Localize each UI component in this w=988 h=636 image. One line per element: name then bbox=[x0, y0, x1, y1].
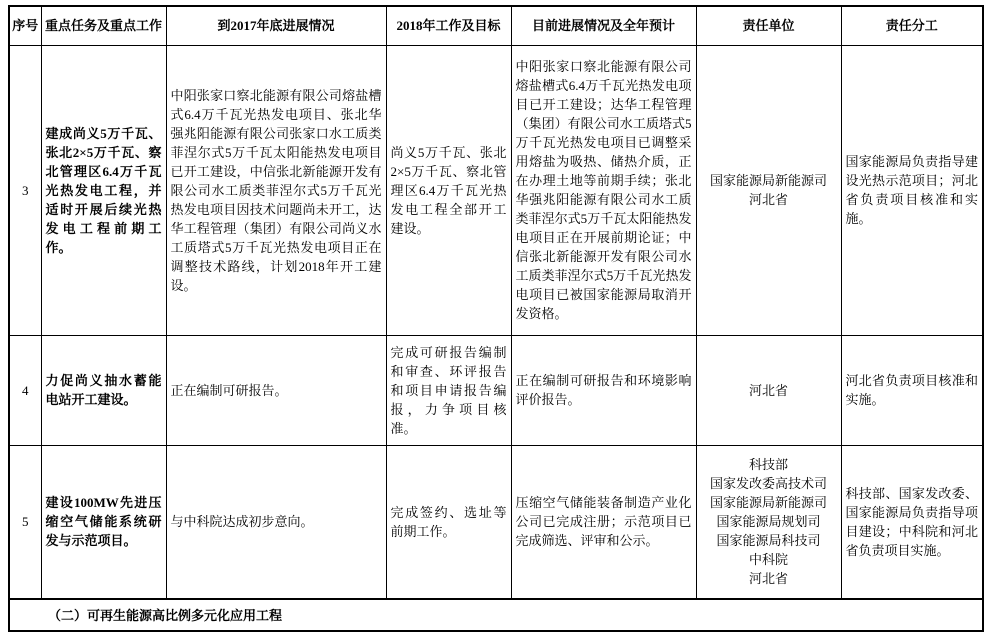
row3-current-progress-cell: 中阳张家口察北能源有限公司熔盐槽式6.4万千瓦光热发电项目已开工建设；达华工程管… bbox=[511, 45, 696, 335]
progress-table: 序号 重点任务及重点工作 到2017年底进展情况 2018年工作及目标 目前进展… bbox=[8, 5, 984, 632]
header-key-tasks: 重点任务及重点工作 bbox=[41, 6, 166, 45]
row3-progress-2017-cell: 中阳张家口察北能源有限公司熔盐槽式6.4万千瓦光热发电项目、张北华强兆阳能源有限… bbox=[166, 45, 386, 335]
row4-current-progress-cell: 正在编制可研报告和环境影响评价报告。 bbox=[511, 335, 696, 445]
header-row: 序号 重点任务及重点工作 到2017年底进展情况 2018年工作及目标 目前进展… bbox=[9, 6, 983, 45]
row3-task-cell: 建成尚义5万千瓦、张北2×5万千瓦、察北管理区6.4万千瓦光热发电工程，并适时开… bbox=[41, 45, 166, 335]
header-responsible-unit: 责任单位 bbox=[696, 6, 841, 45]
header-work-2018: 2018年工作及目标 bbox=[386, 6, 511, 45]
row5-work-2018-cell: 完成签约、选址等前期工作。 bbox=[386, 445, 511, 599]
section-footer-row: （二）可再生能源高比例多元化应用工程 bbox=[9, 599, 983, 631]
row4-division-cell: 河北省负责项目核准和实施。 bbox=[841, 335, 983, 445]
row5-task-cell: 建设100MW先进压缩空气储能系统研发与示范项目。 bbox=[41, 445, 166, 599]
row5-responsible-unit-cell: 科技部 国家发改委高技术司 国家能源局新能源司 国家能源局规划司 国家能源局科技… bbox=[696, 445, 841, 599]
header-division: 责任分工 bbox=[841, 6, 983, 45]
row4-task-cell: 力促尚义抽水蓄能电站开工建设。 bbox=[41, 335, 166, 445]
row5-progress-2017-cell: 与中科院达成初步意向。 bbox=[166, 445, 386, 599]
header-progress-2017: 到2017年底进展情况 bbox=[166, 6, 386, 45]
row5-current-progress-cell: 压缩空气储能装备制造产业化公司已完成注册；示范项目已完成筛选、评审和公示。 bbox=[511, 445, 696, 599]
row5-division-cell: 科技部、国家发改委、国家能源局负责指导项目建设；中科院和河北省负责项目实施。 bbox=[841, 445, 983, 599]
table-row-3: 3 建成尚义5万千瓦、张北2×5万千瓦、察北管理区6.4万千瓦光热发电工程，并适… bbox=[9, 45, 983, 335]
row5-serial-no: 5 bbox=[9, 445, 41, 599]
table-row-4: 4 力促尚义抽水蓄能电站开工建设。 正在编制可研报告。 完成可研报告编制和审查、… bbox=[9, 335, 983, 445]
section-footer-title: （二）可再生能源高比例多元化应用工程 bbox=[9, 599, 983, 631]
row4-responsible-unit-cell: 河北省 bbox=[696, 335, 841, 445]
row3-responsible-unit-cell: 国家能源局新能源司 河北省 bbox=[696, 45, 841, 335]
row4-serial-no: 4 bbox=[9, 335, 41, 445]
row3-division-cell: 国家能源局负责指导建设光热示范项目；河北省负责项目核准和实施。 bbox=[841, 45, 983, 335]
document-page: 序号 重点任务及重点工作 到2017年底进展情况 2018年工作及目标 目前进展… bbox=[0, 0, 988, 636]
row4-progress-2017-cell: 正在编制可研报告。 bbox=[166, 335, 386, 445]
row3-serial-no: 3 bbox=[9, 45, 41, 335]
row4-work-2018-cell: 完成可研报告编制和审查、环评报告和项目申请报告编报，力争项目核准。 bbox=[386, 335, 511, 445]
table-row-5: 5 建设100MW先进压缩空气储能系统研发与示范项目。 与中科院达成初步意向。 … bbox=[9, 445, 983, 599]
header-serial-no: 序号 bbox=[9, 6, 41, 45]
row3-work-2018-cell: 尚义5万千瓦、张北2×5万千瓦、察北管理区6.4万千瓦光热发电工程全部开工建设。 bbox=[386, 45, 511, 335]
header-current-progress: 目前进展情况及全年预计 bbox=[511, 6, 696, 45]
